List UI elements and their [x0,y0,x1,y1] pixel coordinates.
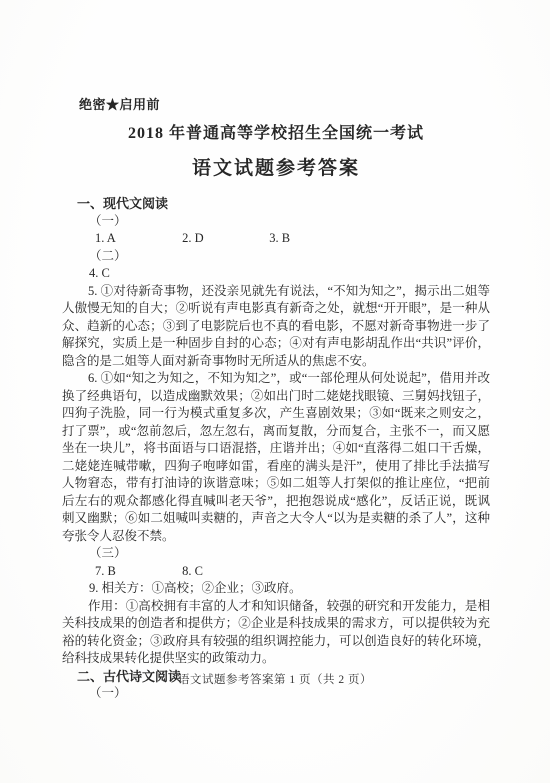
answer-q7: 7. B [95,563,179,581]
page-footer: 语文试题参考答案第 1 页（共 2 页） [0,671,550,687]
answer-q3: 3. B [269,230,353,248]
ancient-part-one-label: （一） [62,685,490,703]
answer-q9-roles: 作用：①高校拥有丰富的人才和知识储备，较强的研究和开发能力，是相关科技成果的创造… [62,598,490,668]
answer-q2: 2. D [182,230,266,248]
answer-q9-parties: 9. 相关方：①高校；②企业；③政府。 [62,580,490,598]
answer-q8: 8. C [182,563,266,581]
answer-q1: 1. A [95,230,179,248]
scanned-answer-key-page: 绝密★启用前 2018 年普通高等学校招生全国统一考试 语文试题参考答案 一、现… [0,0,550,783]
answer-q6: 6. ①如“知之为知之，不知为知之”，或“一部伦理从何处说起”，借用并改换了经典… [62,370,490,545]
part-two-label: （二） [62,248,490,266]
exam-title: 2018 年普通高等学校招生全国统一考试 [62,120,490,143]
answer-q4: 4. C [62,265,490,283]
part-three-label: （三） [62,545,490,563]
answer-key-title: 语文试题参考答案 [62,153,490,180]
answer-q5: 5. ①对待新奇事物，还没亲见就先有说法，“不知为知之”，揭示出二姐等人傲慢无知… [62,283,490,371]
answers-row-q1-q3: 1. A 2. D 3. B [62,230,490,248]
page-content: 绝密★启用前 2018 年普通高等学校招生全国统一考试 语文试题参考答案 一、现… [62,94,490,703]
part-one-label: （一） [62,213,490,231]
section-heading-modern-reading: 一、现代文阅读 [77,195,490,213]
answers-body: 一、现代文阅读 （一） 1. A 2. D 3. B （二） 4. C 5. ①… [62,195,490,703]
classification-banner: 绝密★启用前 [79,94,490,113]
answers-row-q7-q8: 7. B 8. C [62,563,490,581]
